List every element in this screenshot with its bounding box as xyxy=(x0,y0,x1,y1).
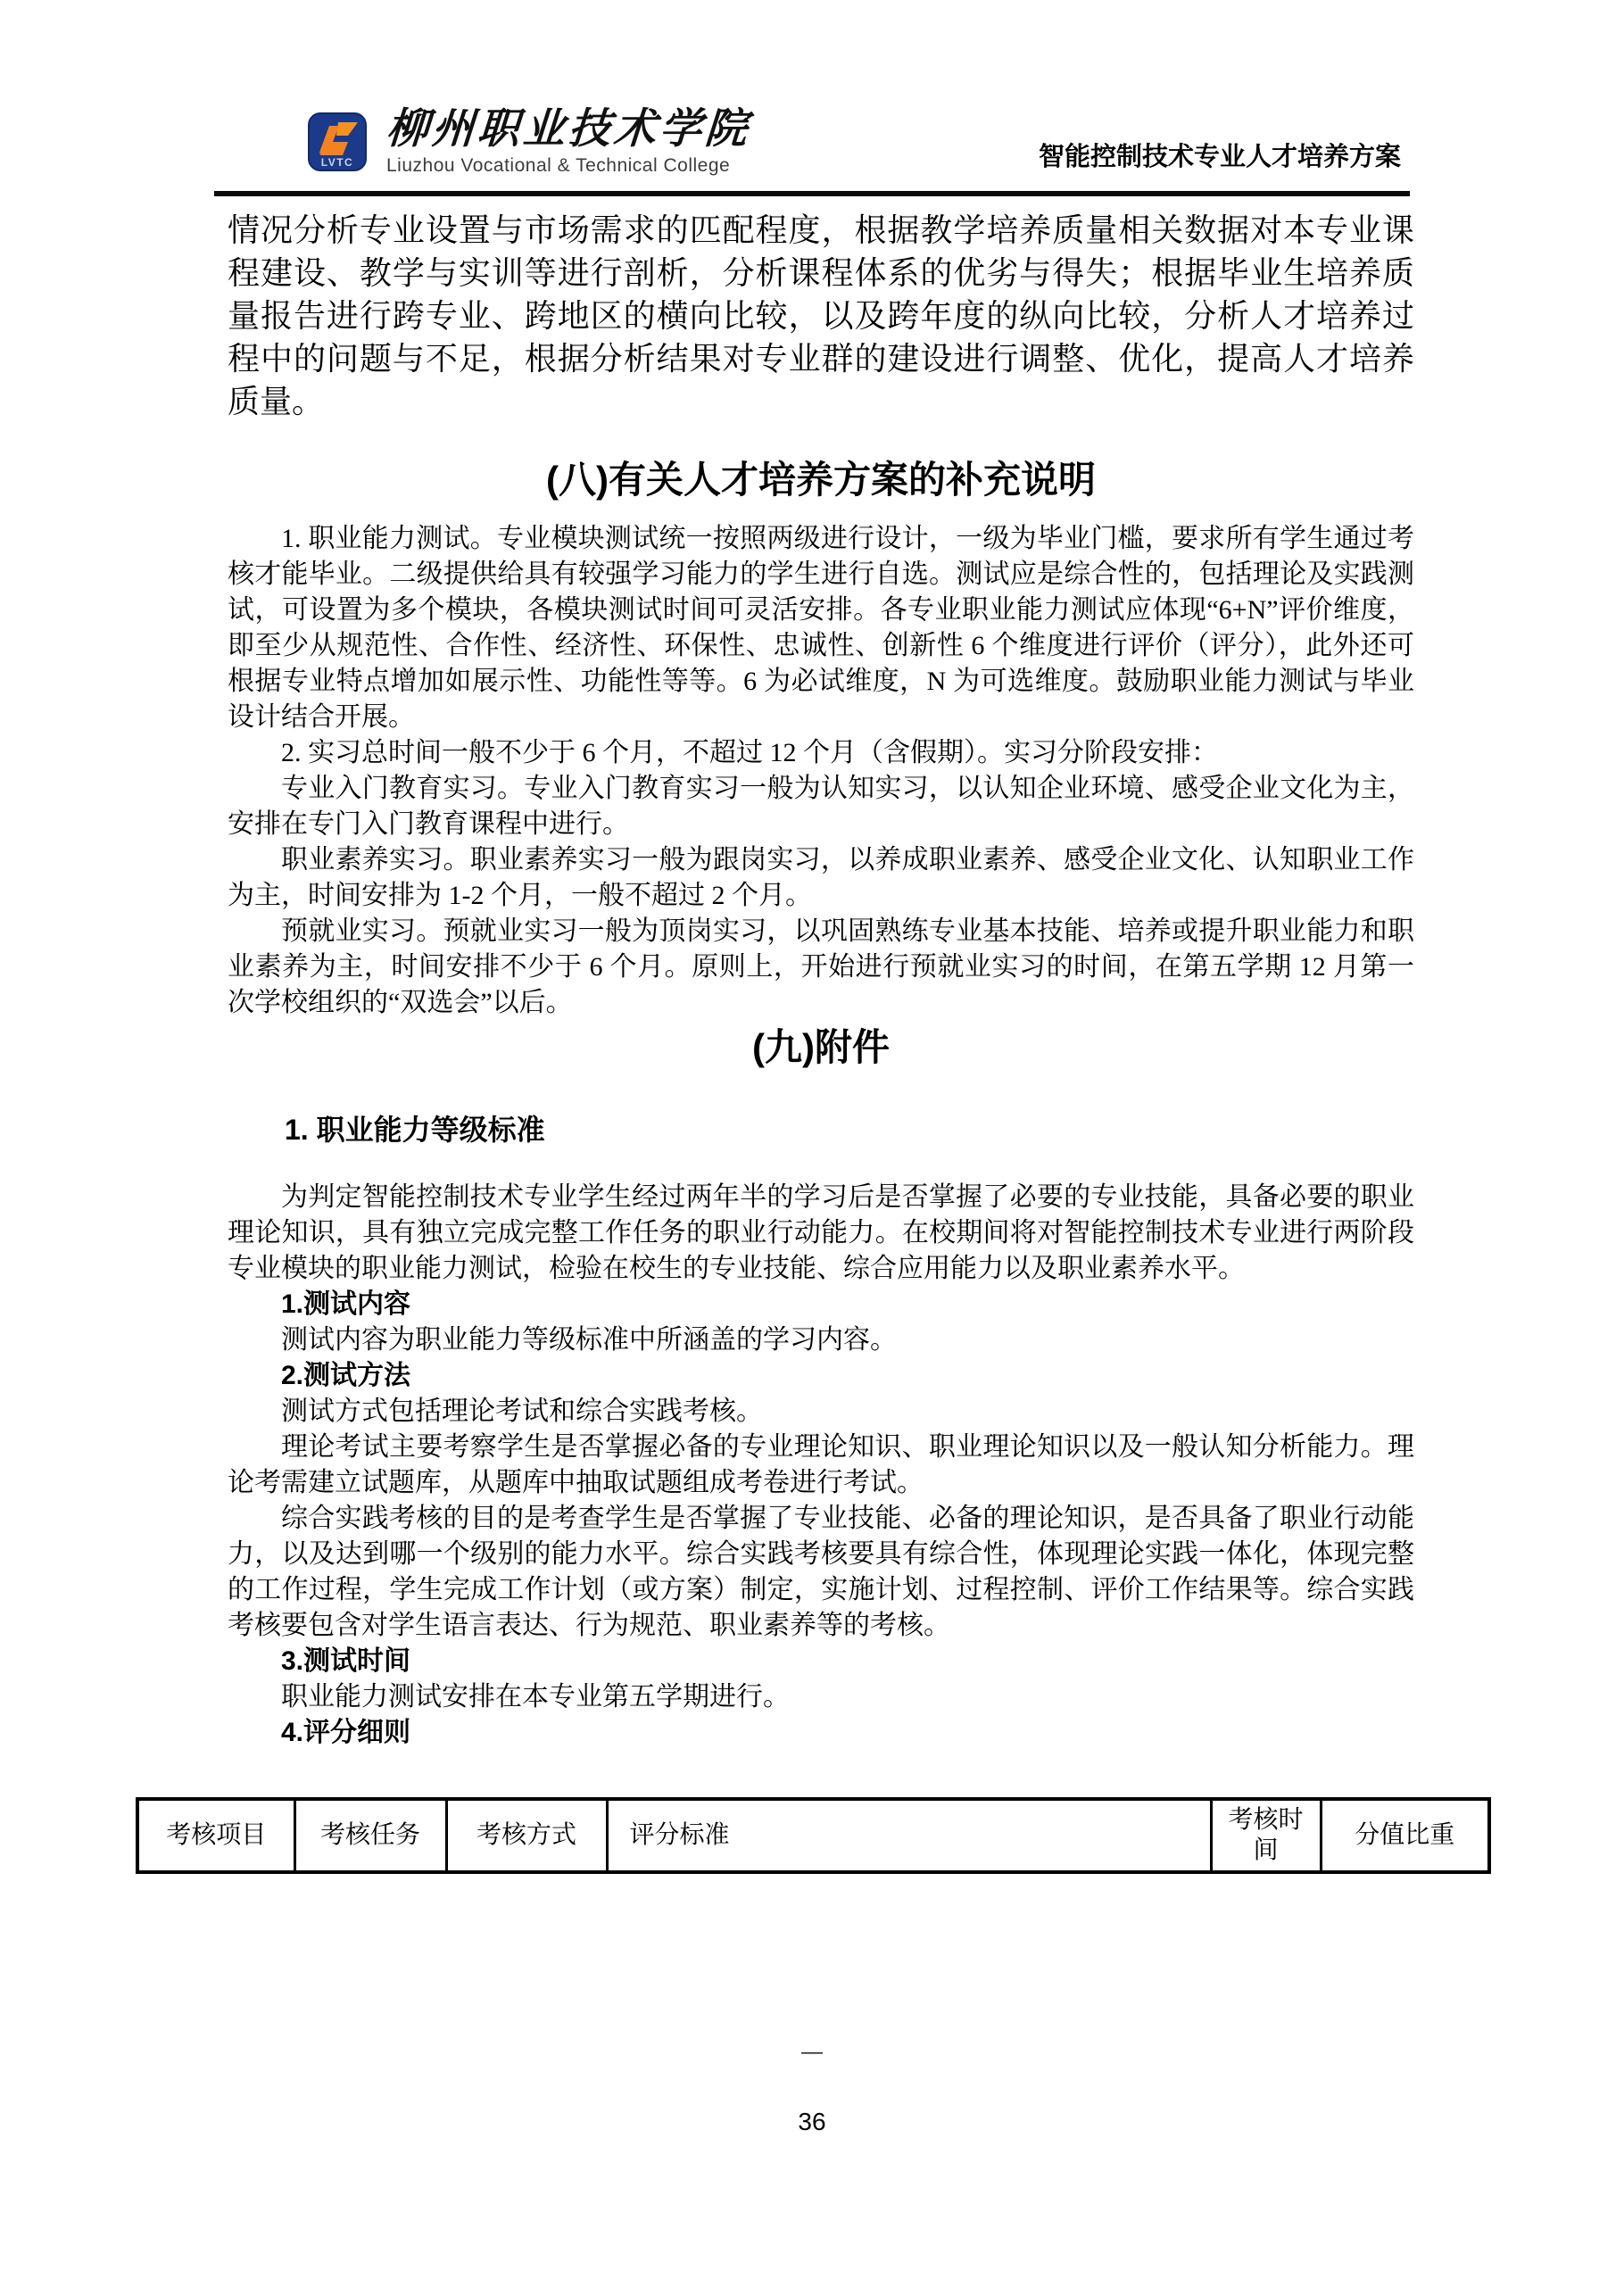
col-header-assessment-item: 考核项目 xyxy=(137,1799,294,1872)
school-name-en: Liuzhou Vocational & Technical College xyxy=(386,155,750,177)
school-name-zh: 柳州职业技术学院 xyxy=(385,107,751,152)
school-names: 柳州职业技术学院 Liuzhou Vocational & Technical … xyxy=(386,107,750,177)
col-header-scoring-standard: 评分标准 xyxy=(607,1799,1211,1872)
svg-text:LVTC: LVTC xyxy=(321,156,353,169)
subsection-1-heading: 1. 职业能力等级标准 xyxy=(228,1112,1414,1148)
section-8-heading: (八)有关人才培养方案的补充说明 xyxy=(228,455,1414,505)
col-header-assessment-task: 考核任务 xyxy=(294,1799,446,1872)
col-header-assessment-method: 考核方式 xyxy=(446,1799,607,1872)
scoring-table: 考核项目 考核任务 考核方式 评分标准 考核时间 分值比重 xyxy=(136,1797,1491,1874)
document-page: LVTC 柳州职业技术学院 Liuzhou Vocational & Techn… xyxy=(0,0,1624,2296)
paragraph: 测试内容为职业能力等级标准中所涵盖的学习内容。 xyxy=(228,1322,1414,1358)
paragraph: 2. 实习总时间一般不少于 6 个月，不超过 12 个月（含假期）。实习分阶段安… xyxy=(228,735,1414,771)
item-label-test-content: 1.测试内容 xyxy=(228,1287,1414,1322)
body-column: 情况分析专业设置与市场需求的匹配程度，根据教学培养质量相关数据对本专业课程建设、… xyxy=(228,209,1414,1874)
item-label-test-time: 3.测试时间 xyxy=(228,1644,1414,1679)
item-label-test-method: 2.测试方法 xyxy=(228,1358,1414,1394)
paragraph: 专业入门教育实习。专业入门教育实习一般为认知实习，以认知企业环境、感受企业文化为… xyxy=(228,771,1414,842)
header-rule xyxy=(214,191,1410,196)
scoring-table-header-row: 考核项目 考核任务 考核方式 评分标准 考核时间 分值比重 xyxy=(137,1799,1489,1872)
paragraph: 职业素养实习。职业素养实习一般为跟岗实习，以养成职业素养、感受企业文化、认知职业… xyxy=(228,842,1414,914)
paragraph: 为判定智能控制技术专业学生经过两年半的学习后是否掌握了必要的专业技能，具备必要的… xyxy=(228,1180,1414,1287)
item-label-scoring-rules: 4.评分细则 xyxy=(228,1715,1414,1751)
paragraph: 理论考试主要考察学生是否掌握必备的专业理论知识、职业理论知识以及一般认知分析能力… xyxy=(228,1430,1414,1501)
footer-mark: — xyxy=(0,2040,1624,2065)
document-title: 智能控制技术专业人才培养方案 xyxy=(1039,137,1401,177)
page-header: LVTC 柳州职业技术学院 Liuzhou Vocational & Techn… xyxy=(308,107,1401,177)
section-9-heading: (九)附件 xyxy=(228,1023,1414,1073)
page-number: 36 xyxy=(0,2108,1624,2136)
paragraph: 测试方式包括理论考试和综合实践考核。 xyxy=(228,1394,1414,1430)
school-logo-icon: LVTC xyxy=(308,112,367,171)
col-header-score-weight: 分值比重 xyxy=(1321,1799,1489,1872)
paragraph: 预就业实习。预就业实习一般为顶岗实习，以巩固熟练专业基本技能、培养或提升职业能力… xyxy=(228,914,1414,1021)
paragraph: 1. 职业能力测试。专业模块测试统一按照两级进行设计，一级为毕业门槛，要求所有学… xyxy=(228,521,1414,735)
paragraph: 综合实践考核的目的是考查学生是否掌握了专业技能、必备的理论知识，是否具备了职业行… xyxy=(228,1501,1414,1644)
paragraph: 职业能力测试安排在本专业第五学期进行。 xyxy=(228,1679,1414,1715)
intro-paragraph: 情况分析专业设置与市场需求的匹配程度，根据教学培养质量相关数据对本专业课程建设、… xyxy=(228,209,1414,423)
school-branding: LVTC 柳州职业技术学院 Liuzhou Vocational & Techn… xyxy=(308,107,750,177)
section-8-paragraphs: 1. 职业能力测试。专业模块测试统一按照两级进行设计，一级为毕业门槛，要求所有学… xyxy=(228,521,1414,1021)
col-header-assessment-time: 考核时间 xyxy=(1211,1799,1321,1872)
